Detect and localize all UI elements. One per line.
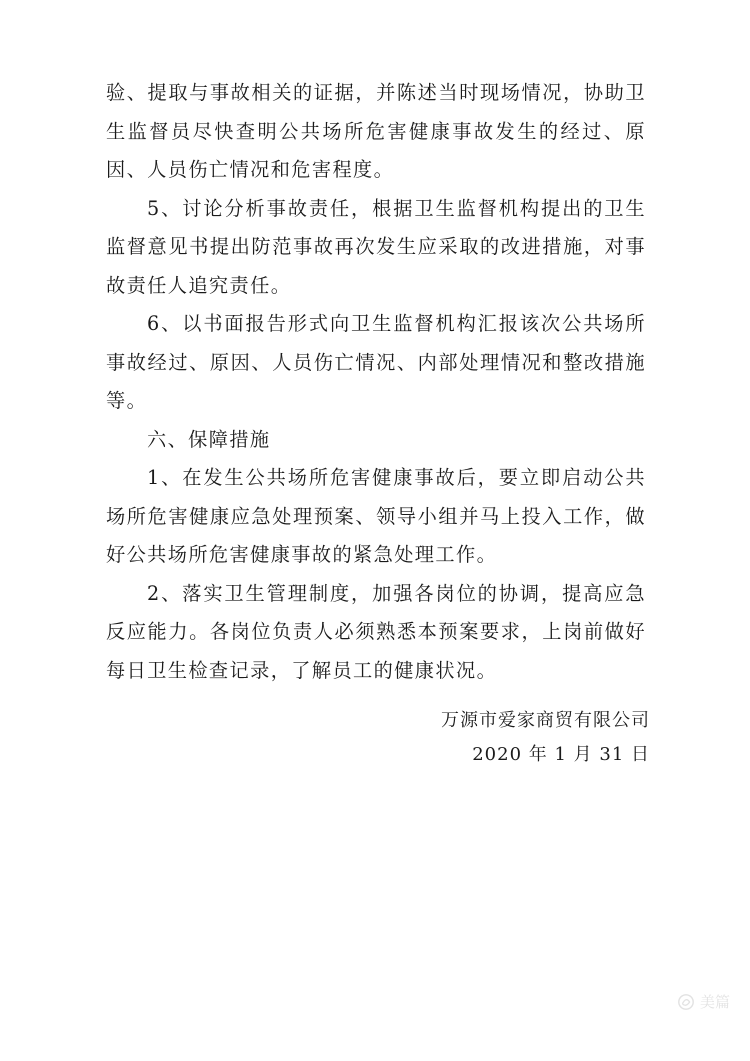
paragraph-safeguard-1: 1、在发生公共场所危害健康事故后，要立即启动公共场所危害健康应急处理预案、领导小…	[106, 459, 646, 575]
signature-block: 万源市爱家商贸有限公司 2020 年 1 月 31 日	[441, 704, 650, 772]
signature-date: 2020 年 1 月 31 日	[441, 738, 650, 772]
meipian-logo-icon	[677, 993, 695, 1011]
company-name: 万源市爱家商贸有限公司	[441, 704, 650, 738]
paragraph-item-6: 6、以书面报告形式向卫生监督机构汇报该次公共场所事故经过、原因、人员伤亡情况、内…	[106, 305, 646, 421]
section-heading-safeguards: 六、保障措施	[106, 421, 646, 460]
paragraph-evidence-continuation: 验、提取与事故相关的证据，并陈述当时现场情况，协助卫生监督员尽快查明公共场所危害…	[106, 74, 646, 190]
paragraph-safeguard-2: 2、落实卫生管理制度，加强各岗位的协调，提高应急反应能力。各岗位负责人必须熟悉本…	[106, 575, 646, 691]
document-body: 验、提取与事故相关的证据，并陈述当时现场情况，协助卫生监督员尽快查明公共场所危害…	[106, 74, 646, 690]
paragraph-item-5: 5、讨论分析事故责任，根据卫生监督机构提出的卫生监督意见书提出防范事故再次发生应…	[106, 190, 646, 306]
watermark-text: 美篇	[700, 991, 730, 1012]
watermark: 美篇	[677, 991, 730, 1012]
document-page: 验、提取与事故相关的证据，并陈述当时现场情况，协助卫生监督员尽快查明公共场所危害…	[0, 0, 750, 1061]
